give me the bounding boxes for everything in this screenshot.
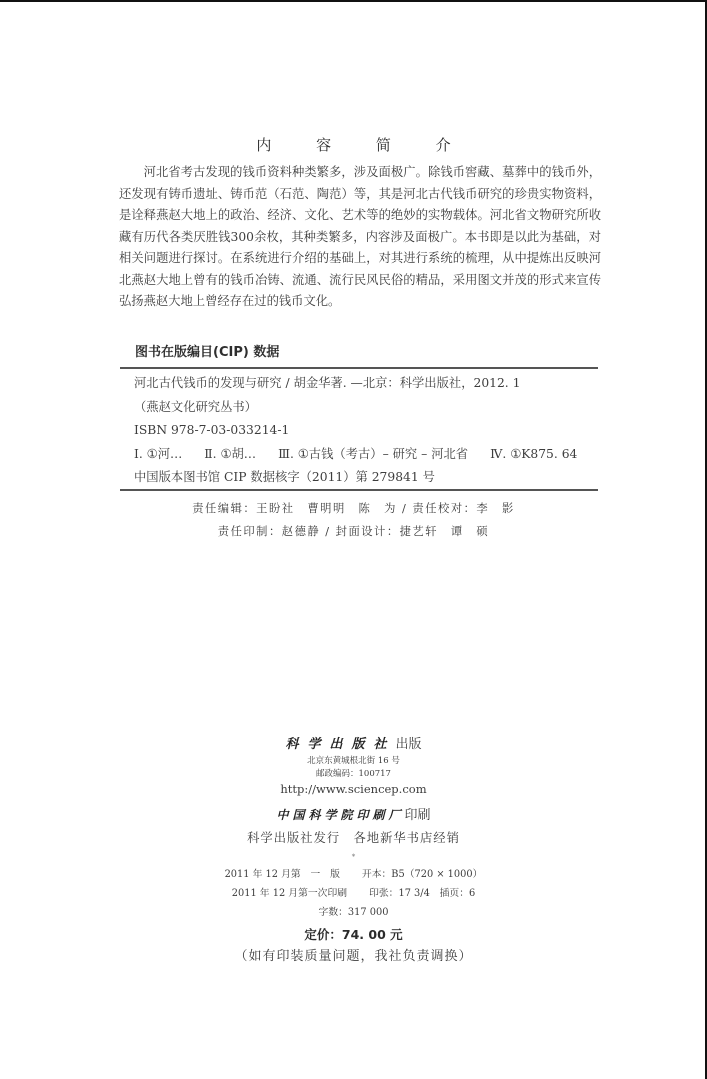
cip-title-line: 河北古代钱币的发现与研究 / 胡金华著. —北京：科学出版社，2012. 1 xyxy=(134,372,604,396)
edition-text: 2011 年 12 月第 一 版 xyxy=(225,869,340,880)
classification-item: Ⅲ. ①古钱（考古）– 研究 – 河北省 xyxy=(278,443,468,467)
publisher-line: 科学出版社出版 xyxy=(0,735,707,755)
printing-row: 2011 年 12 月第一次印刷印张：17 3/4 插页：6 xyxy=(0,884,707,903)
separator-star: * xyxy=(0,849,707,865)
publisher-postcode: 邮政编码：100717 xyxy=(0,768,707,781)
section-title: 内 容 简 介 xyxy=(0,134,707,155)
format-text: 开本：B5（720 × 1000） xyxy=(362,869,483,880)
page-border-top xyxy=(0,0,707,2)
intro-section: 河北省考古发现的钱币资料种类繁多，涉及面极广。除钱币窖藏、墓葬中的钱币外，还发现… xyxy=(119,162,601,313)
cip-series-line: （燕赵文化研究丛书） xyxy=(134,396,604,420)
cip-isbn-line: ISBN 978-7-03-033214-1 xyxy=(134,419,604,443)
cip-record-line: 中国版本图书馆 CIP 数据核字（2011）第 279841 号 xyxy=(134,466,604,490)
credits-editors-line: 责任编辑：王盼社 曹明明 陈 为 / 责任校对：李 影 xyxy=(0,497,707,520)
imprint-block: 科学出版社出版 北京东黄城根北街 16 号 邮政编码：100717 http:/… xyxy=(0,735,707,968)
printer-logo: 中国科学院印刷厂 xyxy=(276,808,404,822)
publisher-logo: 科学出版社 xyxy=(285,737,395,752)
publisher-url: http://www.sciencep.com xyxy=(0,781,707,798)
classification-item: Ⅱ. ①胡… xyxy=(204,443,256,467)
credits-production-line: 责任印制：赵德静 / 封面设计：捷艺轩 谭 硕 xyxy=(0,520,707,543)
word-count: 字数：317 000 xyxy=(0,903,707,922)
credits-block: 责任编辑：王盼社 曹明明 陈 为 / 责任校对：李 影 责任印制：赵德静 / 封… xyxy=(0,497,707,543)
edition-row: 2011 年 12 月第 一 版开本：B5（720 × 1000） xyxy=(0,865,707,884)
quality-note: （如有印装质量问题，我社负责调换） xyxy=(0,946,707,968)
classification-item: Ⅳ. ①K875. 64 xyxy=(490,443,577,467)
cip-data-block: 河北古代钱币的发现与研究 / 胡金华著. —北京：科学出版社，2012. 1 （… xyxy=(134,372,604,490)
publisher-address: 北京东黄城根北街 16 号 xyxy=(0,755,707,768)
distribution-line: 科学出版社发行 各地新华书店经销 xyxy=(0,827,707,849)
printing-text: 2011 年 12 月第一次印刷 xyxy=(232,888,347,899)
cip-heading: 图书在版编目(CIP) 数据 xyxy=(135,341,279,360)
sheets-text: 印张：17 3/4 插页：6 xyxy=(369,888,475,899)
printer-line: 中国科学院印刷厂印刷 xyxy=(0,804,707,827)
classification-item: Ⅰ. ①河… xyxy=(134,443,182,467)
intro-paragraph: 河北省考古发现的钱币资料种类繁多，涉及面极广。除钱币窖藏、墓葬中的钱币外，还发现… xyxy=(119,162,601,313)
price: 定价：74. 00 元 xyxy=(0,924,707,946)
printer-suffix: 印刷 xyxy=(405,808,431,823)
divider-rule-top xyxy=(120,367,598,369)
divider-rule-bottom xyxy=(120,489,598,491)
publisher-suffix: 出版 xyxy=(396,737,422,752)
cip-classification-line: Ⅰ. ①河… Ⅱ. ①胡… Ⅲ. ①古钱（考古）– 研究 – 河北省 Ⅳ. ①K… xyxy=(134,443,604,467)
